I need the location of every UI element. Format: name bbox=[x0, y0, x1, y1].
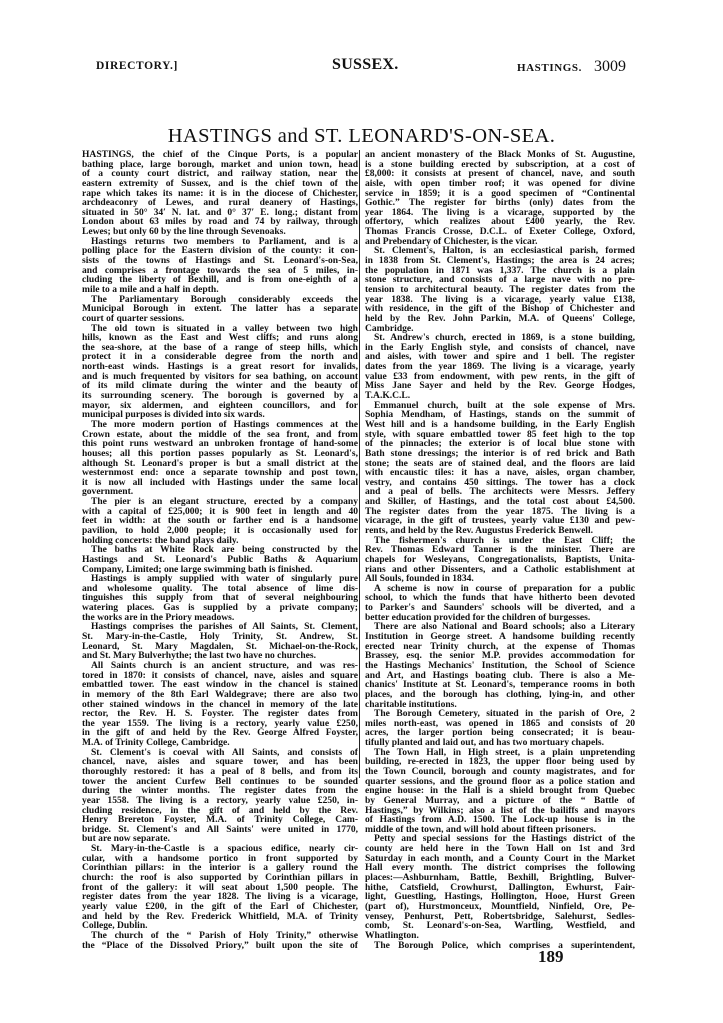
column-divider bbox=[359, 150, 360, 778]
running-head-place-name: HASTINGS. bbox=[517, 62, 582, 74]
page-title: HASTINGS and ST. LEONARD'S-ON-SEA. bbox=[0, 125, 723, 148]
page-number: 3009 bbox=[594, 58, 626, 75]
running-head-county: SUSSEX. bbox=[332, 56, 399, 74]
text-column-right: an ancient monastery of the Black Monks … bbox=[365, 150, 635, 950]
running-head: DIRECTORY.] SUSSEX. HASTINGS.3009 bbox=[96, 56, 626, 78]
text-line: The Borough Police, which comprises a su… bbox=[365, 941, 635, 951]
text-line: the “Place of the Dissolved Priory,” bui… bbox=[82, 941, 358, 951]
folio-number: 189 bbox=[538, 947, 564, 967]
text-column-left: HASTINGS, the chief of the Cinque Ports,… bbox=[82, 150, 358, 950]
running-head-section: DIRECTORY.] bbox=[96, 60, 178, 72]
running-head-place: HASTINGS.3009 bbox=[517, 58, 626, 76]
